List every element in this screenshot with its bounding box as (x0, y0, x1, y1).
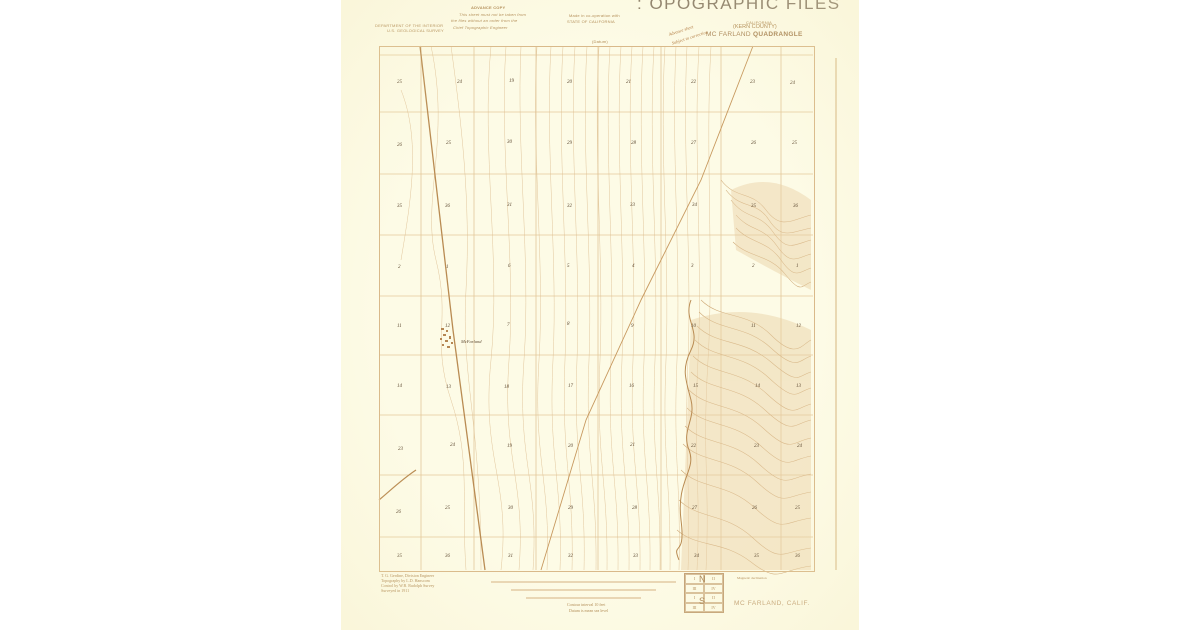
topographic-files-stamp: : OPOGRAPHIC FILES (637, 0, 841, 14)
section-number: 35 (397, 204, 402, 209)
section-number: 27 (692, 506, 697, 511)
north-label: N (699, 574, 706, 584)
section-number: 19 (509, 79, 514, 84)
header-cooperation-1: Made in co-operation with (569, 13, 620, 18)
index-cell: II (704, 574, 723, 584)
section-number: 17 (568, 384, 573, 389)
section-number: 30 (507, 140, 512, 145)
index-cell: IV (704, 584, 723, 594)
section-number: 21 (626, 80, 631, 85)
section-number: 25 (445, 506, 450, 511)
section-number: 25 (446, 141, 451, 146)
section-number: 26 (752, 506, 757, 511)
section-number: 35 (397, 554, 402, 559)
section-number: 10 (691, 324, 696, 329)
section-number: 1 (446, 265, 449, 270)
section-number: 22 (691, 444, 696, 449)
section-number: 11 (397, 324, 402, 329)
section-number: 14 (755, 384, 760, 389)
header-note-line-3: Chief Topographic Engineer (453, 25, 508, 30)
section-number: 2 (398, 265, 401, 270)
section-number: 11 (751, 324, 756, 329)
section-number: 24 (450, 443, 455, 448)
index-cell: IV (704, 603, 723, 613)
section-number: 18 (504, 385, 509, 390)
section-number: 12 (445, 324, 450, 329)
section-number: 32 (568, 554, 573, 559)
section-number: 29 (568, 506, 573, 511)
section-number: 24 (790, 81, 795, 86)
credit-line: Surveyed in 1911 (381, 588, 434, 593)
section-number: 33 (630, 203, 635, 208)
section-number: 32 (567, 204, 572, 209)
section-number: 20 (568, 444, 573, 449)
section-number: 8 (567, 322, 570, 327)
bar-scales (491, 582, 676, 598)
section-number: 36 (445, 204, 450, 209)
section-number: 36 (793, 204, 798, 209)
quadrangle-label: QUADRANGLE (753, 31, 803, 38)
footer-map-name: MC FARLAND, CALIF. (734, 600, 810, 607)
magnetic-declination-note: Magnetic declination (737, 576, 767, 580)
section-number: 28 (631, 141, 636, 146)
quadrangle-name: MC FARLAND (706, 31, 751, 38)
header-cooperation-2: STATE OF CALIFORNIA (567, 19, 615, 24)
town-label-mcfarland: McFarland (461, 339, 482, 344)
section-number: 14 (397, 384, 402, 389)
section-number: 22 (691, 80, 696, 85)
section-number: 35 (751, 204, 756, 209)
section-number: 2 (752, 264, 755, 269)
section-number: 1 (796, 264, 799, 269)
topographic-map-sheet: : OPOGRAPHIC FILES DEPARTMENT OF THE INT… (341, 0, 859, 630)
section-number: 15 (693, 384, 698, 389)
section-number: 33 (633, 554, 638, 559)
header-survey: U.S. GEOLOGICAL SURVEY (387, 28, 444, 33)
section-number: 12 (796, 324, 801, 329)
section-number: 21 (630, 443, 635, 448)
section-number: 28 (632, 506, 637, 511)
section-number: 13 (446, 385, 451, 390)
section-number: 23 (398, 447, 403, 452)
section-number: 26 (397, 143, 402, 148)
south-label: S (699, 596, 705, 606)
section-number: 34 (694, 554, 699, 559)
section-number: 26 (396, 510, 401, 515)
header-note-line-2: the files without an order from the (451, 18, 517, 23)
datum-note: Datum is mean sea level (569, 608, 608, 613)
section-number: 6 (508, 264, 511, 269)
section-number: 9 (631, 324, 634, 329)
section-number: 25 (792, 141, 797, 146)
index-cell: II (704, 593, 723, 603)
section-number: 26 (751, 141, 756, 146)
header-datum: (Datum) (592, 39, 608, 44)
index-cell: III (685, 584, 704, 594)
section-number: 23 (754, 444, 759, 449)
section-number: 24 (797, 444, 802, 449)
header-advance-copy: ADVANCE COPY (471, 5, 505, 10)
section-number: 36 (445, 554, 450, 559)
section-number: 27 (691, 141, 696, 146)
contour-interval: Contour interval 10 feet (567, 602, 605, 607)
section-number: 19 (507, 444, 512, 449)
section-number: 34 (692, 203, 697, 208)
section-number: 30 (508, 506, 513, 511)
section-number: 4 (632, 264, 635, 269)
section-number: 20 (567, 80, 572, 85)
section-number: 29 (567, 141, 572, 146)
section-number: 31 (508, 554, 513, 559)
section-number: 13 (796, 384, 801, 389)
map-neatline (379, 46, 815, 572)
section-number: 3 (691, 264, 694, 269)
section-number: 36 (795, 554, 800, 559)
section-number: 5 (567, 264, 570, 269)
footer-credits: T. G. Gerdine, Division Engineer Topogra… (381, 573, 434, 593)
section-number: 31 (507, 203, 512, 208)
section-number: 25 (397, 80, 402, 85)
section-number: 16 (629, 384, 634, 389)
section-number: 25 (795, 506, 800, 511)
quadrangle-county: (KERN COUNTY) (733, 24, 777, 30)
section-number: 24 (457, 80, 462, 85)
section-number: 35 (754, 554, 759, 559)
header-note-line-1: This sheet must not be taken from (459, 12, 526, 17)
quadrangle-title: MC FARLAND QUADRANGLE (706, 31, 803, 38)
section-number: 23 (750, 80, 755, 85)
section-number: 7 (507, 323, 510, 328)
